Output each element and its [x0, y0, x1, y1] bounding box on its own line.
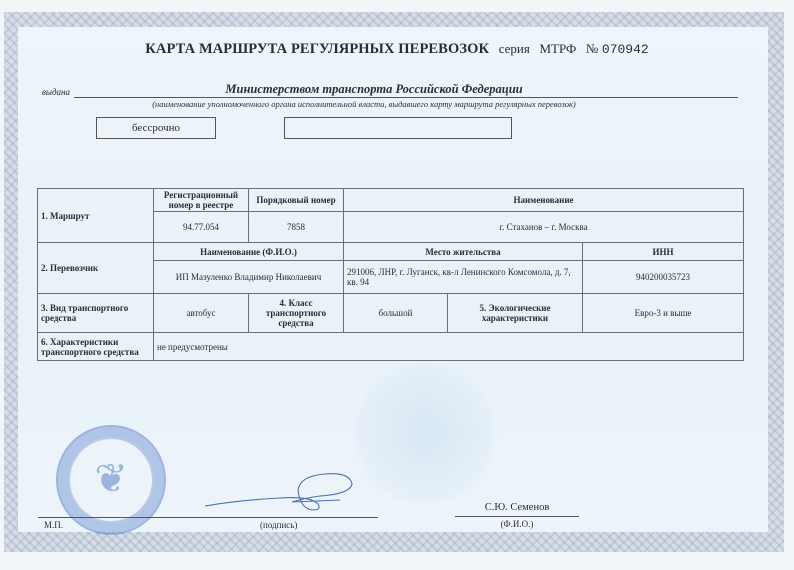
card-number: 070942: [602, 42, 649, 57]
order-number: 7858: [249, 212, 344, 243]
eco-label: 5. Экологические характеристики: [448, 294, 583, 333]
vehicle-type: автобус: [154, 294, 249, 333]
route-label: 1. Маршрут: [38, 189, 154, 243]
title-text: КАРТА МАРШРУТА РЕГУЛЯРНЫХ ПЕРЕВОЗОК: [145, 41, 489, 57]
carrier-name-header: Наименование (Ф.И.О.): [154, 243, 344, 261]
issued-label: выдана: [42, 87, 70, 97]
number-sign: №: [586, 41, 598, 56]
name-line: [455, 516, 579, 517]
order-number-header: Порядковый номер: [249, 189, 344, 212]
route-card-table: 1. Маршрут Регистрационный номер в реест…: [37, 188, 744, 361]
vehicle-class: большой: [344, 294, 448, 333]
validity-box-empty: [284, 117, 512, 139]
document-title: КАРТА МАРШРУТА РЕГУЛЯРНЫХ ПЕРЕВОЗОК сери…: [0, 41, 794, 58]
route-name: г. Стаханов – г. Москва: [344, 212, 744, 243]
stamp-label: М.П.: [44, 520, 63, 530]
vehicle-class-label: 4. Класс транспортного средства: [249, 294, 344, 333]
characteristics-label: 6. Характеристики транспортного средства: [38, 333, 154, 361]
series-label: серия: [499, 41, 530, 56]
signature: [200, 470, 360, 515]
signature-line: [38, 517, 378, 518]
vehicle-type-label: 3. Вид транспортного средства: [38, 294, 154, 333]
series-code: МТРФ: [539, 41, 576, 56]
signature-caption: (подпись): [260, 520, 297, 530]
reg-number-header: Регистрационный номер в реестре: [154, 189, 249, 212]
signer-name: С.Ю. Семенов: [455, 502, 579, 513]
route-name-header: Наименование: [344, 189, 744, 212]
issuing-authority: Министерством транспорта Российской Феде…: [74, 82, 674, 97]
reg-number: 94.77.054: [154, 212, 249, 243]
inn-header: ИНН: [583, 243, 744, 261]
address-header: Место жительства: [344, 243, 583, 261]
carrier-name: ИП Мазуленко Владимир Николаевич: [154, 261, 344, 294]
issued-caption: (наименование уполномоченного органа исп…: [74, 99, 654, 109]
carrier-label: 2. Перевозчик: [38, 243, 154, 294]
characteristics-value: не предусмотрены: [154, 333, 744, 361]
carrier-address: 291006, ЛНР, г. Луганск, кв-л Ленинского…: [344, 261, 583, 294]
issued-underline: [74, 97, 738, 98]
emblem-watermark: [350, 358, 500, 508]
validity-box: бессрочно: [96, 117, 216, 139]
eco-value: Евро-3 и выше: [583, 294, 744, 333]
official-stamp: ❦: [56, 425, 166, 535]
eagle-emblem-icon: ❦: [88, 453, 134, 505]
name-caption: (Ф.И.О.): [455, 519, 579, 529]
carrier-inn: 940200035723: [583, 261, 744, 294]
